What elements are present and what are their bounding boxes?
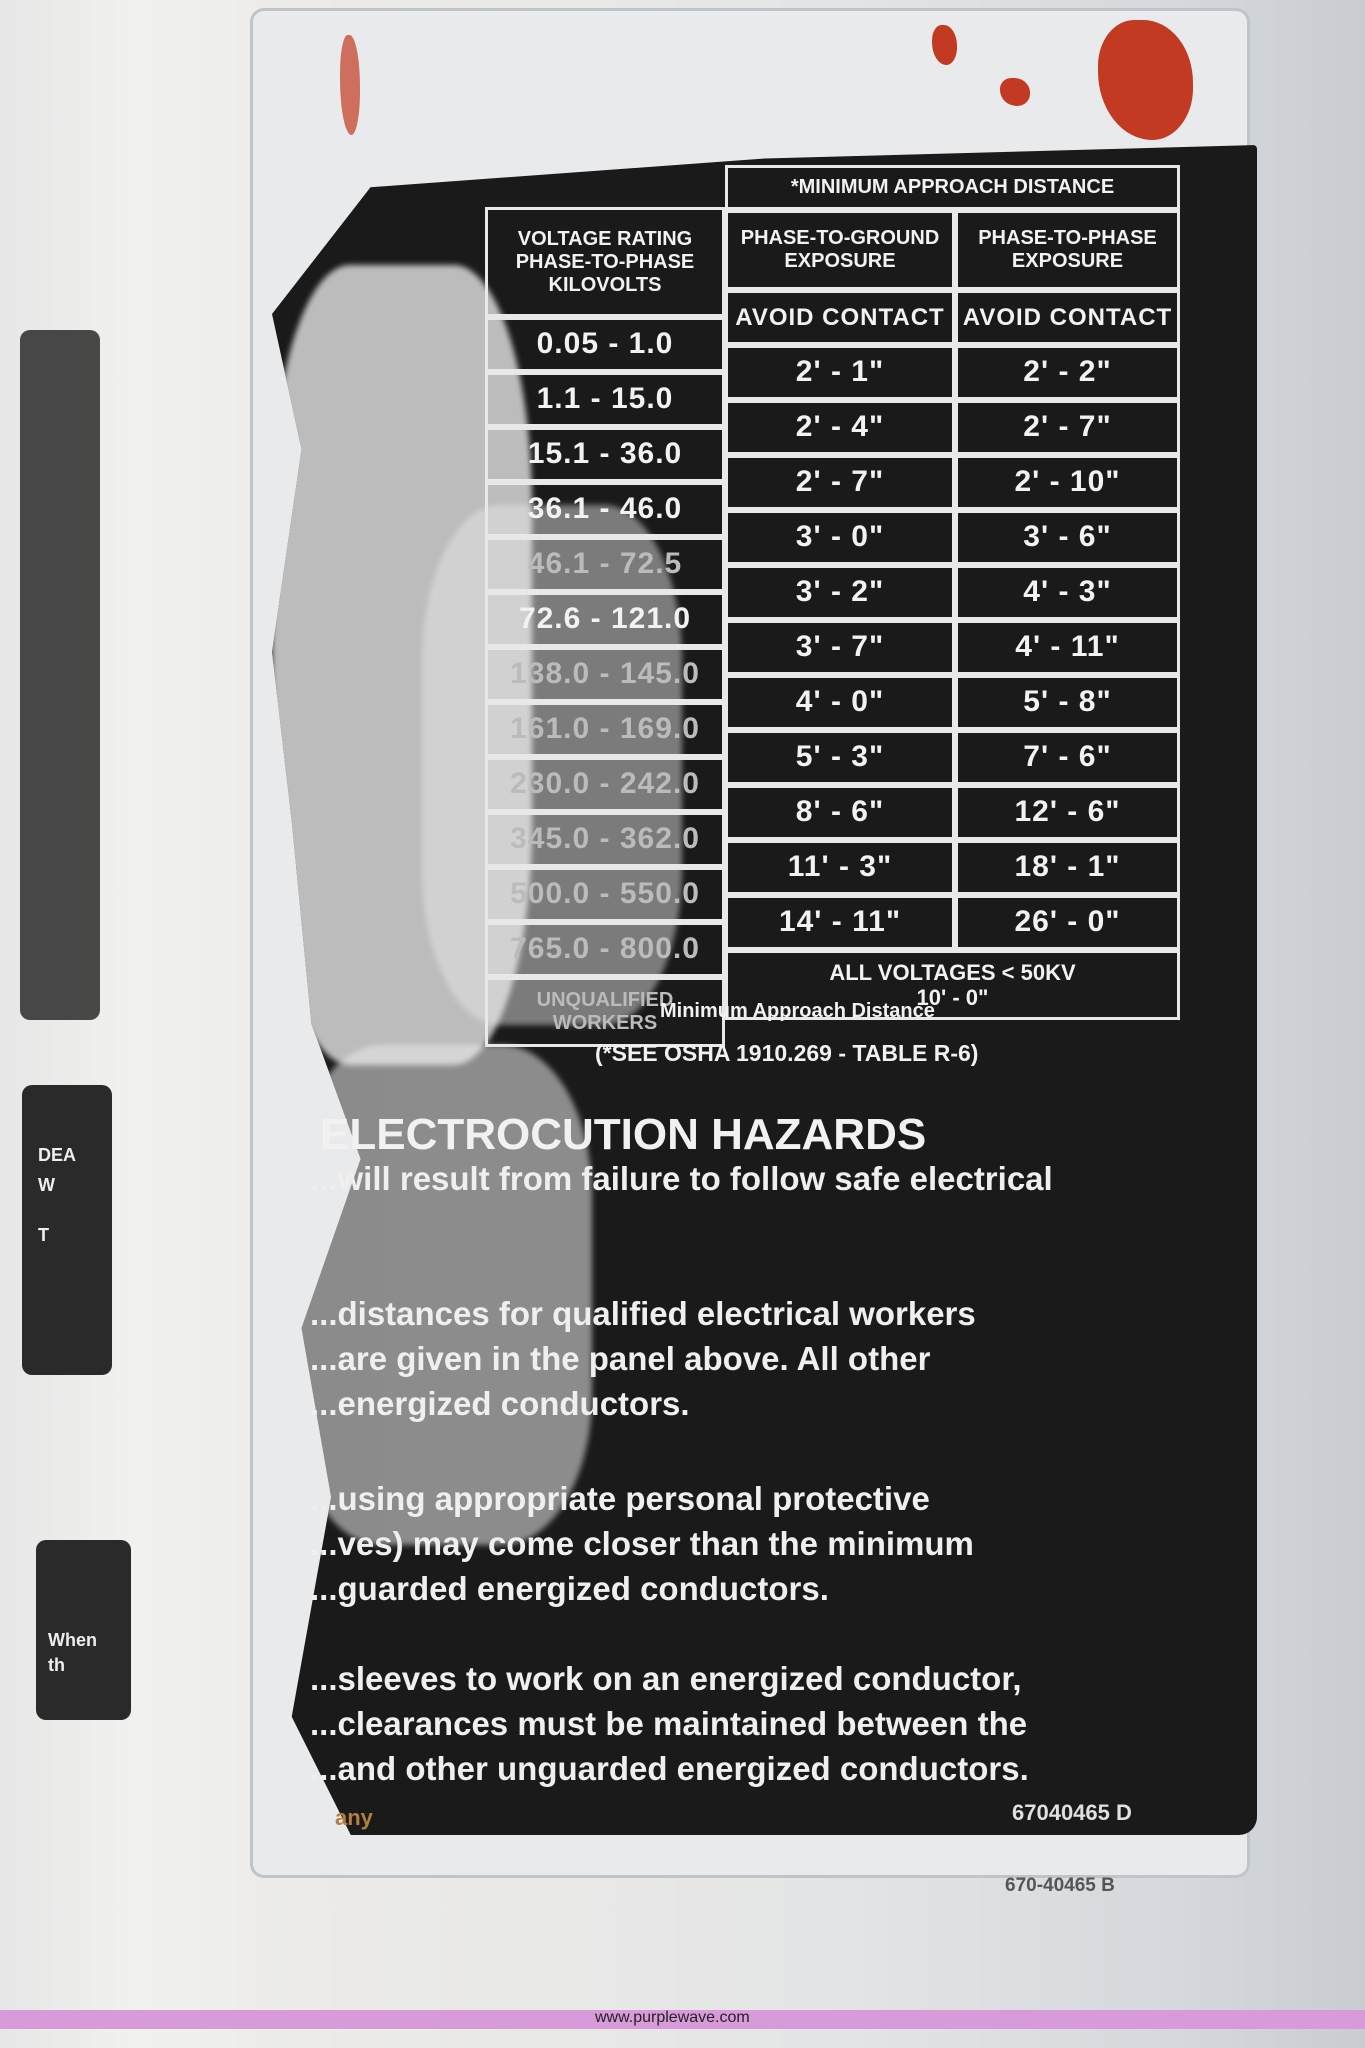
row-10-ground: 11' - 3": [725, 840, 955, 895]
row-4-kv: 46.1 - 72.5: [485, 537, 725, 592]
remnant-text-w: W: [38, 1175, 55, 1196]
row-6-kv: 138.0 - 145.0: [485, 647, 725, 702]
left-sticker-remnant-3: When th: [36, 1540, 131, 1720]
paragraph-line-8: ...sleeves to work on an energized condu…: [310, 1660, 1022, 1698]
paragraph-line-4: ...energized conductors.: [310, 1385, 690, 1423]
footer-all-voltages-line1: ALL VOLTAGES < 50KV: [829, 960, 1075, 985]
header-phase-to-phase: PHASE-TO-PHASE EXPOSURE: [955, 210, 1180, 290]
row-2-ground: 2' - 4": [725, 400, 955, 455]
row-5-ground: 3' - 2": [725, 565, 955, 620]
row-1-phase: 2' - 2": [955, 345, 1180, 400]
row-2-kv: 15.1 - 36.0: [485, 427, 725, 482]
approach-distance-table: VOLTAGE RATING PHASE-TO-PHASE KILOVOLTS …: [485, 165, 1180, 1015]
part-number-underlayer: 670-40465 B: [1005, 1875, 1115, 1897]
row-8-ground: 5' - 3": [725, 730, 955, 785]
remnant-text-t: T: [38, 1225, 49, 1246]
heading-electrocution-hazards: ELECTROCUTION HAZARDS: [320, 1110, 926, 1160]
paragraph-line-1: ...will result from failure to follow sa…: [310, 1160, 1053, 1198]
row-11-phase: 26' - 0": [955, 895, 1180, 950]
paragraph-line-9: ...clearances must be maintained between…: [310, 1705, 1027, 1743]
header-voltage-rating: VOLTAGE RATING PHASE-TO-PHASE KILOVOLTS: [485, 207, 725, 317]
row-0-ground: AVOID CONTACT: [725, 290, 955, 345]
row-3-ground: 2' - 7": [725, 455, 955, 510]
part-number: 67040465 D: [1012, 1800, 1132, 1826]
header-phase-to-ground: PHASE-TO-GROUND EXPOSURE: [725, 210, 955, 290]
row-9-phase: 12' - 6": [955, 785, 1180, 840]
rust-patch-left: [340, 35, 360, 135]
left-sticker-remnant-1: [20, 330, 100, 1020]
row-7-phase: 5' - 8": [955, 675, 1180, 730]
remnant-text-dea: DEA: [38, 1145, 76, 1166]
paragraph-line-5: ...using appropriate personal protective: [310, 1480, 930, 1518]
row-0-phase: AVOID CONTACT: [955, 290, 1180, 345]
row-10-phase: 18' - 1": [955, 840, 1180, 895]
row-11-ground: 14' - 11": [725, 895, 955, 950]
remnant-text-th: th: [48, 1655, 65, 1676]
rust-patch-small-1: [932, 25, 957, 65]
watermark-text: www.purplewave.com: [595, 2009, 750, 2027]
row-8-phase: 7' - 6": [955, 730, 1180, 785]
row-9-ground: 8' - 6": [725, 785, 955, 840]
left-sticker-remnant-2: DEA W T: [22, 1085, 112, 1375]
row-8-kv: 230.0 - 242.0: [485, 757, 725, 812]
row-3-kv: 36.1 - 46.0: [485, 482, 725, 537]
row-1-kv: 1.1 - 15.0: [485, 372, 725, 427]
row-4-phase: 3' - 6": [955, 510, 1180, 565]
note-osha-reference: (*SEE OSHA 1910.269 - TABLE R-6): [595, 1040, 978, 1067]
paragraph-line-2: ...distances for qualified electrical wo…: [310, 1295, 976, 1333]
paragraph-line-10: ...and other unguarded energized conduct…: [310, 1750, 1029, 1788]
row-9-kv: 345.0 - 362.0: [485, 812, 725, 867]
row-1-ground: 2' - 1": [725, 345, 955, 400]
header-min-approach: *MINIMUM APPROACH DISTANCE: [725, 165, 1180, 210]
stray-text-any: any: [335, 1805, 373, 1831]
row-5-phase: 4' - 3": [955, 565, 1180, 620]
row-5-kv: 72.6 - 121.0: [485, 592, 725, 647]
row-2-phase: 2' - 7": [955, 400, 1180, 455]
row-6-phase: 4' - 11": [955, 620, 1180, 675]
row-6-ground: 3' - 7": [725, 620, 955, 675]
remnant-text-when: When: [48, 1630, 97, 1651]
row-0-kv: 0.05 - 1.0: [485, 317, 725, 372]
row-7-ground: 4' - 0": [725, 675, 955, 730]
paragraph-line-3: ...are given in the panel above. All oth…: [310, 1340, 930, 1378]
watermark-band: www.purplewave.com: [0, 2010, 1365, 2029]
row-10-kv: 500.0 - 550.0: [485, 867, 725, 922]
paragraph-line-7: ...guarded energized conductors.: [310, 1570, 829, 1608]
row-4-ground: 3' - 0": [725, 510, 955, 565]
row-11-kv: 765.0 - 800.0: [485, 922, 725, 977]
row-3-phase: 2' - 10": [955, 455, 1180, 510]
note-min-approach: Minimum Approach Distance: [660, 1000, 935, 1023]
row-7-kv: 161.0 - 169.0: [485, 702, 725, 757]
paragraph-line-6: ...ves) may come closer than the minimum: [310, 1525, 974, 1563]
